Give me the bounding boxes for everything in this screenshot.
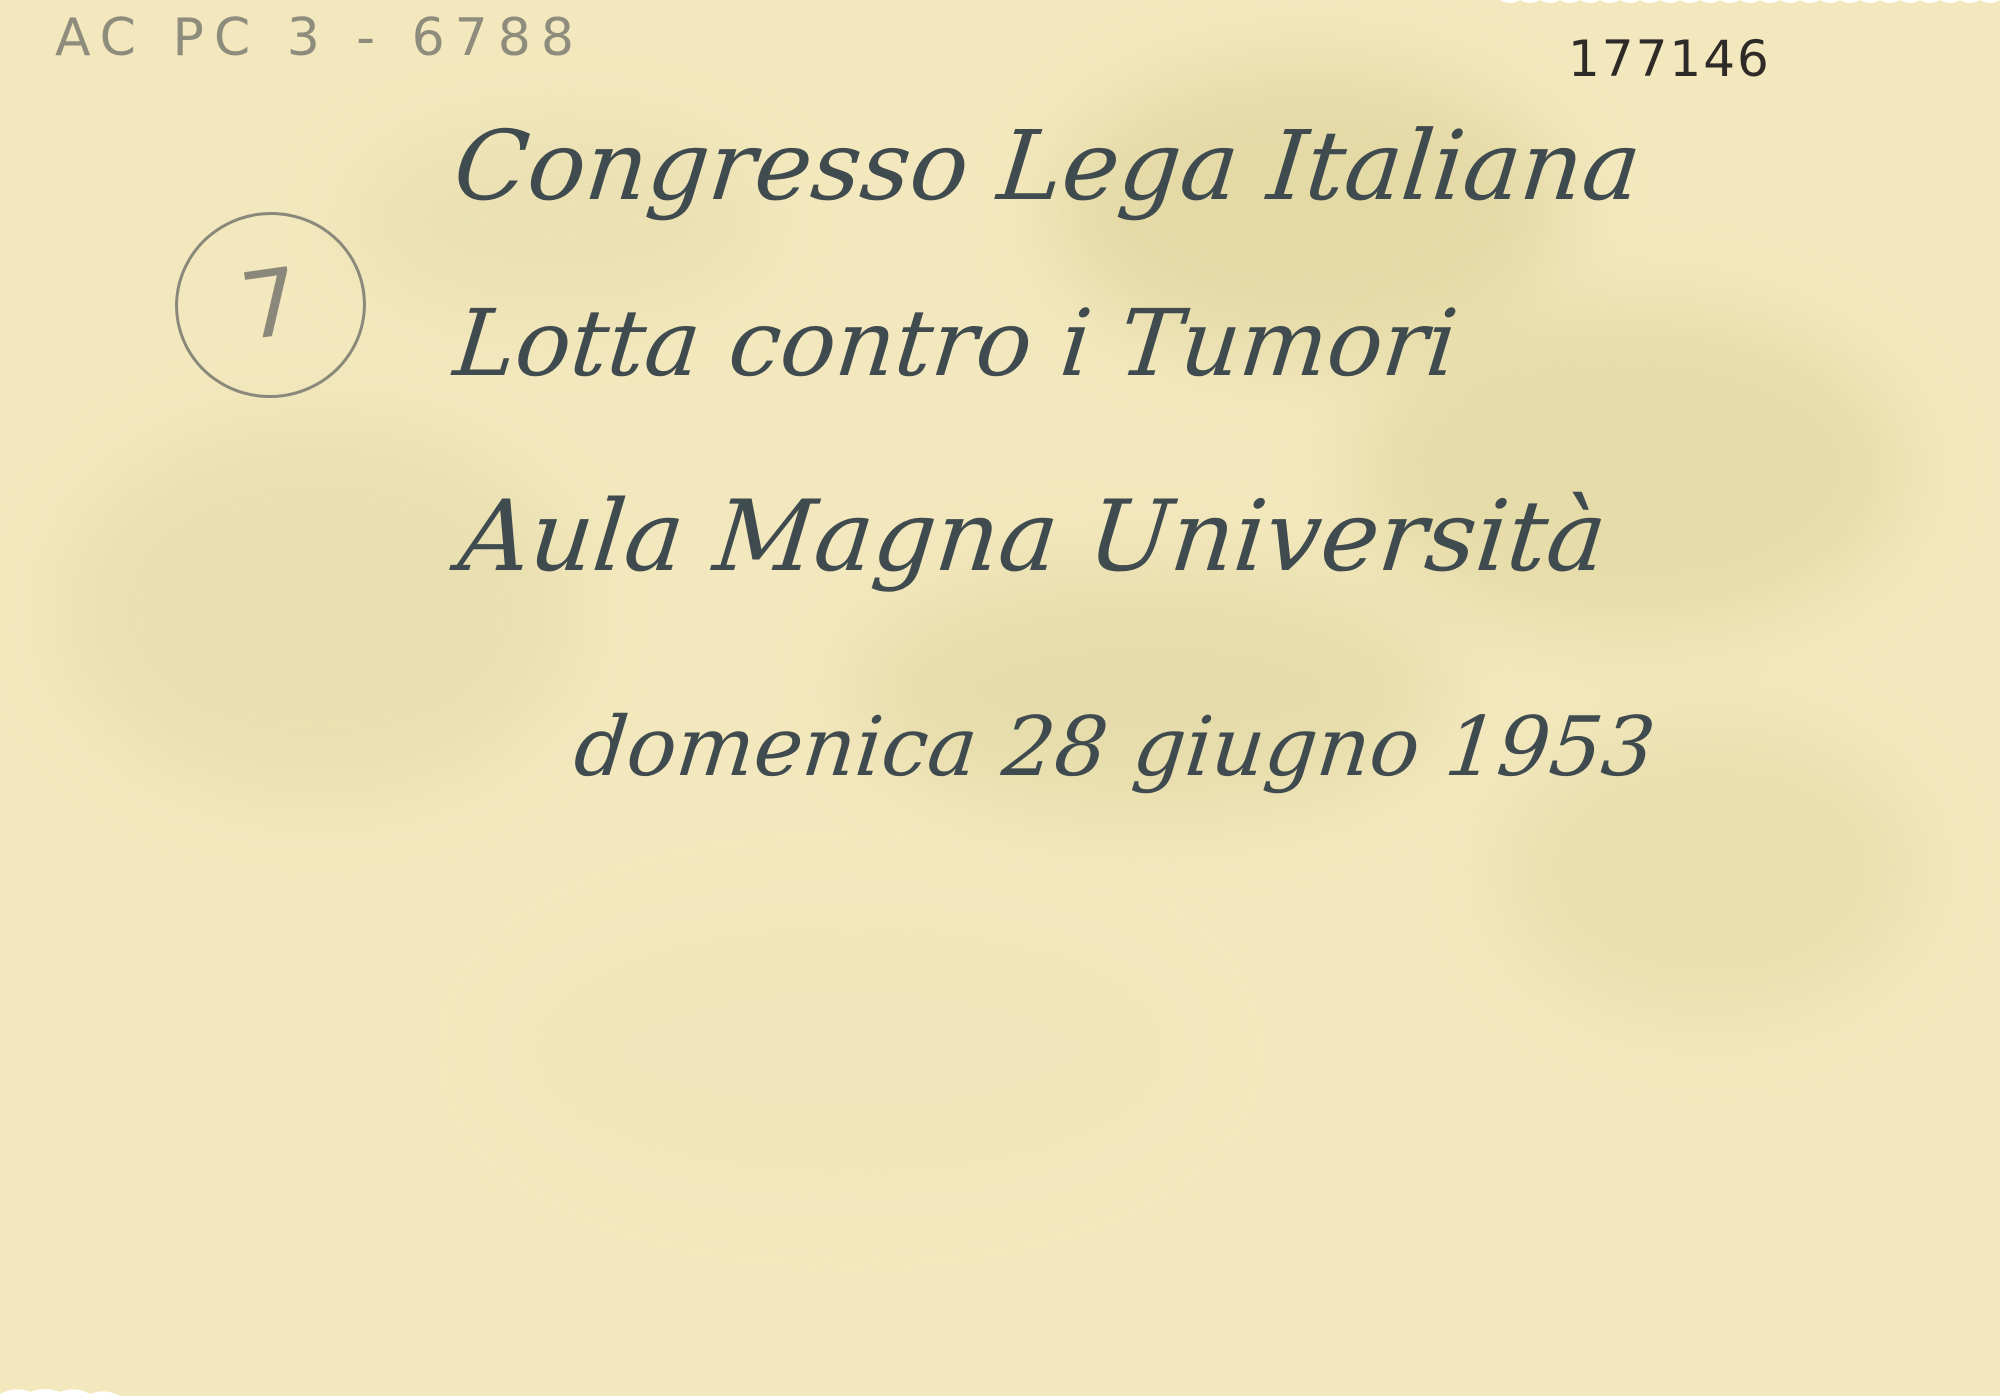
archive-code: AC PC 3 - 6788 bbox=[55, 8, 584, 68]
caption-line-2: Lotta contro i Tumori bbox=[449, 290, 1462, 397]
caption-line-4: domenica 28 giugno 1953 bbox=[570, 700, 1659, 795]
deckled-bottom-edge bbox=[0, 1382, 800, 1396]
inventory-number: 177146 bbox=[1568, 30, 1771, 88]
paper-stain bbox=[60, 420, 580, 800]
photo-verso-sheet: AC PC 3 - 6788 177146 7 Congresso Lega I… bbox=[0, 0, 2000, 1396]
circled-number: 7 bbox=[235, 255, 306, 354]
circled-number-mark: 7 bbox=[163, 200, 378, 411]
caption-line-3: Aula Magna Università bbox=[454, 480, 1612, 594]
paper-stain bbox=[500, 900, 1200, 1200]
caption-line-1: Congresso Lega Italiana bbox=[449, 110, 1646, 222]
